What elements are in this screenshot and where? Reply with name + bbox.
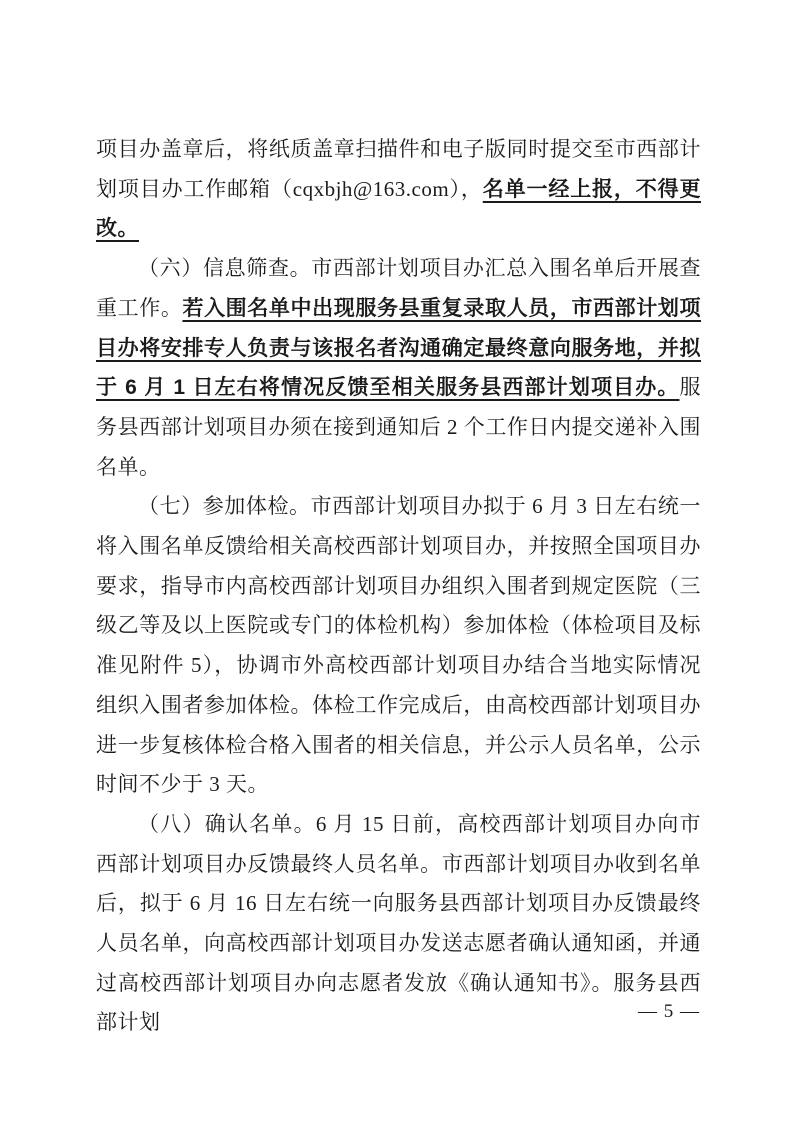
document-page: 项目办盖章后，将纸质盖章扫描件和电子版同时提交至市西部计划项目办工作邮箱（cqx… [0, 0, 793, 1122]
document-body: 项目办盖章后，将纸质盖章扫描件和电子版同时提交至市西部计划项目办工作邮箱（cqx… [96, 130, 701, 1043]
paragraph-confirm-list: （八）确认名单。6 月 15 日前，高校西部计划项目办向市西部计划项目办反馈最终… [96, 805, 701, 1043]
text-segment: （八）确认名单。6 月 15 日前，高校西部计划项目办向市西部计划项目办反馈最终… [96, 812, 701, 1035]
paragraph-physical-exam: （七）参加体检。市西部计划项目办拟于 6 月 3 日左右统一将入围名单反馈给相关… [96, 487, 701, 805]
page-number: — 5 — [638, 1001, 700, 1023]
text-segment: （七）参加体检。市西部计划项目办拟于 6 月 3 日左右统一将入围名单反馈给相关… [96, 494, 701, 796]
paragraph-info-screening: （六）信息筛查。市西部计划项目办汇总入围名单后开展查重工作。若入围名单中出现服务… [96, 249, 701, 487]
emphasized-clause: 若入围名单中出现服务县重复录取人员，市西部计划项目办将安排专人负责与该报名者沟通… [96, 297, 701, 399]
paragraph-submit-scan: 项目办盖章后，将纸质盖章扫描件和电子版同时提交至市西部计划项目办工作邮箱（cqx… [96, 130, 701, 249]
